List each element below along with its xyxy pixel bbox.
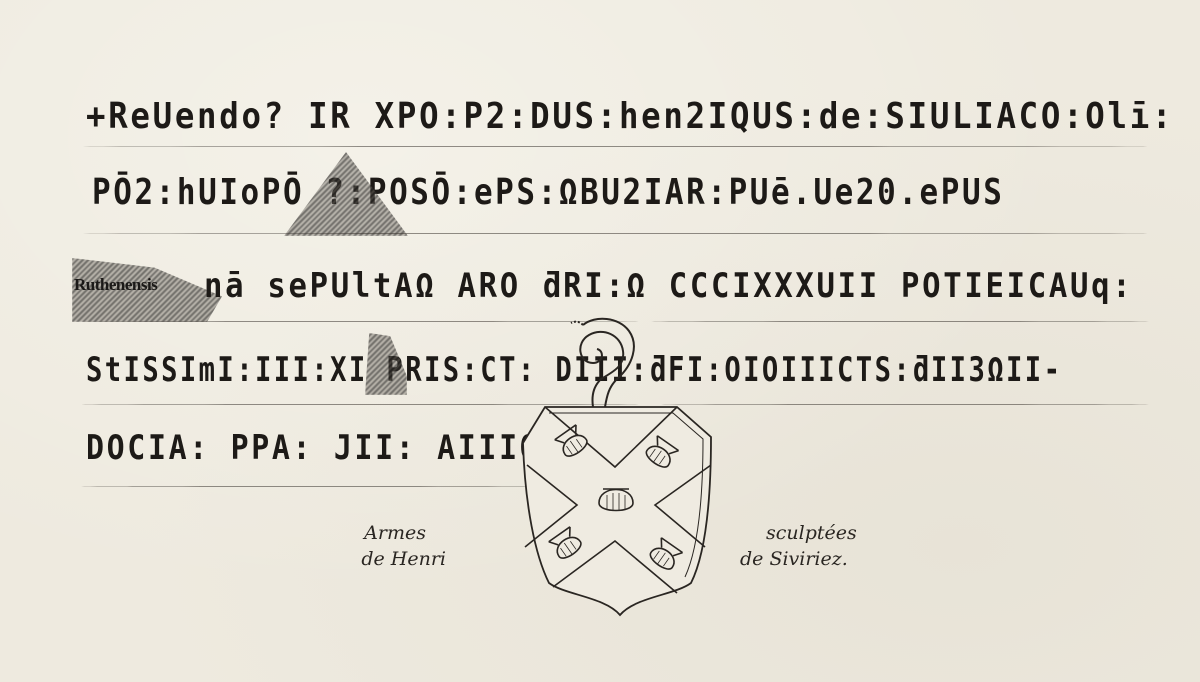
rule-line-2 <box>80 233 1150 234</box>
crozier-icon <box>571 319 634 407</box>
coat-of-arms-icon <box>505 315 735 625</box>
inscription-line-2: PŌ2:hUIoPŌ ?:POSŌ:ePS:ΩBU2IAR:PUē.Ue20.e… <box>92 172 1004 213</box>
caption-right: sculptées de Siviriez. <box>740 520 857 572</box>
caption-left-line-1: Armes <box>336 520 446 546</box>
caption-left-line-2: de Henri <box>336 546 446 572</box>
caption-right-line-1: sculptées <box>740 520 857 546</box>
overlay-word-ruthenensis: Ruthenensis <box>74 275 157 295</box>
rule-line-5 <box>80 486 540 487</box>
inscription-line-1: +ReUendo? IR XPO:P2:DUS:hen2IQUS:de:SIUL… <box>86 96 1174 137</box>
caption-right-line-2: de Siviriez. <box>740 546 857 572</box>
caption-left: Armes de Henri <box>336 520 446 572</box>
inscription-line-3: nā sePUltAΩ ARO ƌRI:Ω CCCIXXXUII POTIEIC… <box>204 266 1133 306</box>
rule-line-1 <box>80 146 1150 147</box>
